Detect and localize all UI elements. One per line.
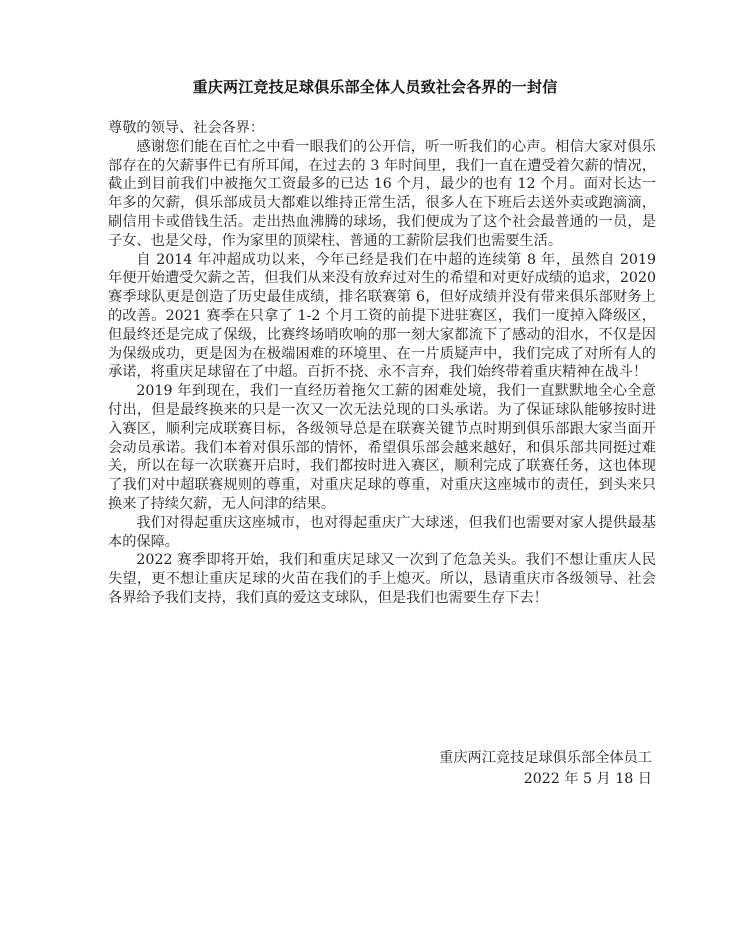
letter-page: 重庆两江竞技足球俱乐部全体人员致社会各界的一封信 尊敬的领导、社会各界： 感谢您… <box>0 0 750 938</box>
paragraph-3: 2019 年到现在，我们一直经历着拖欠工薪的困难处境，我们一直默默地全心全意付出… <box>108 382 656 514</box>
paragraph-1: 感谢您们能在百忙之中看一眼我们的公开信，听一听我们的心声。相信大家对俱乐部存在的… <box>108 138 656 251</box>
paragraph-5: 2022 赛季即将开始，我们和重庆足球又一次到了危急关头。我们不想让重庆人民失望… <box>108 551 656 607</box>
signature-date: 2022 年 5 月 18 日 <box>439 769 652 790</box>
letter-title: 重庆两江竞技足球俱乐部全体人员致社会各界的一封信 <box>0 76 750 97</box>
letter-body: 尊敬的领导、社会各界： 感谢您们能在百忙之中看一眼我们的公开信，听一听我们的心声… <box>108 119 656 608</box>
salutation: 尊敬的领导、社会各界： <box>108 119 656 138</box>
paragraph-4: 我们对得起重庆这座城市，也对得起重庆广大球迷，但我们也需要对家人提供最基本的保障… <box>108 514 656 552</box>
paragraph-2: 自 2014 年冲超成功以来，今年已经是我们在中超的连续第 8 年，虽然自 20… <box>108 251 656 383</box>
signature-sender: 重庆两江竞技足球俱乐部全体员工 <box>439 748 652 769</box>
signature-block: 重庆两江竞技足球俱乐部全体员工 2022 年 5 月 18 日 <box>439 748 652 790</box>
